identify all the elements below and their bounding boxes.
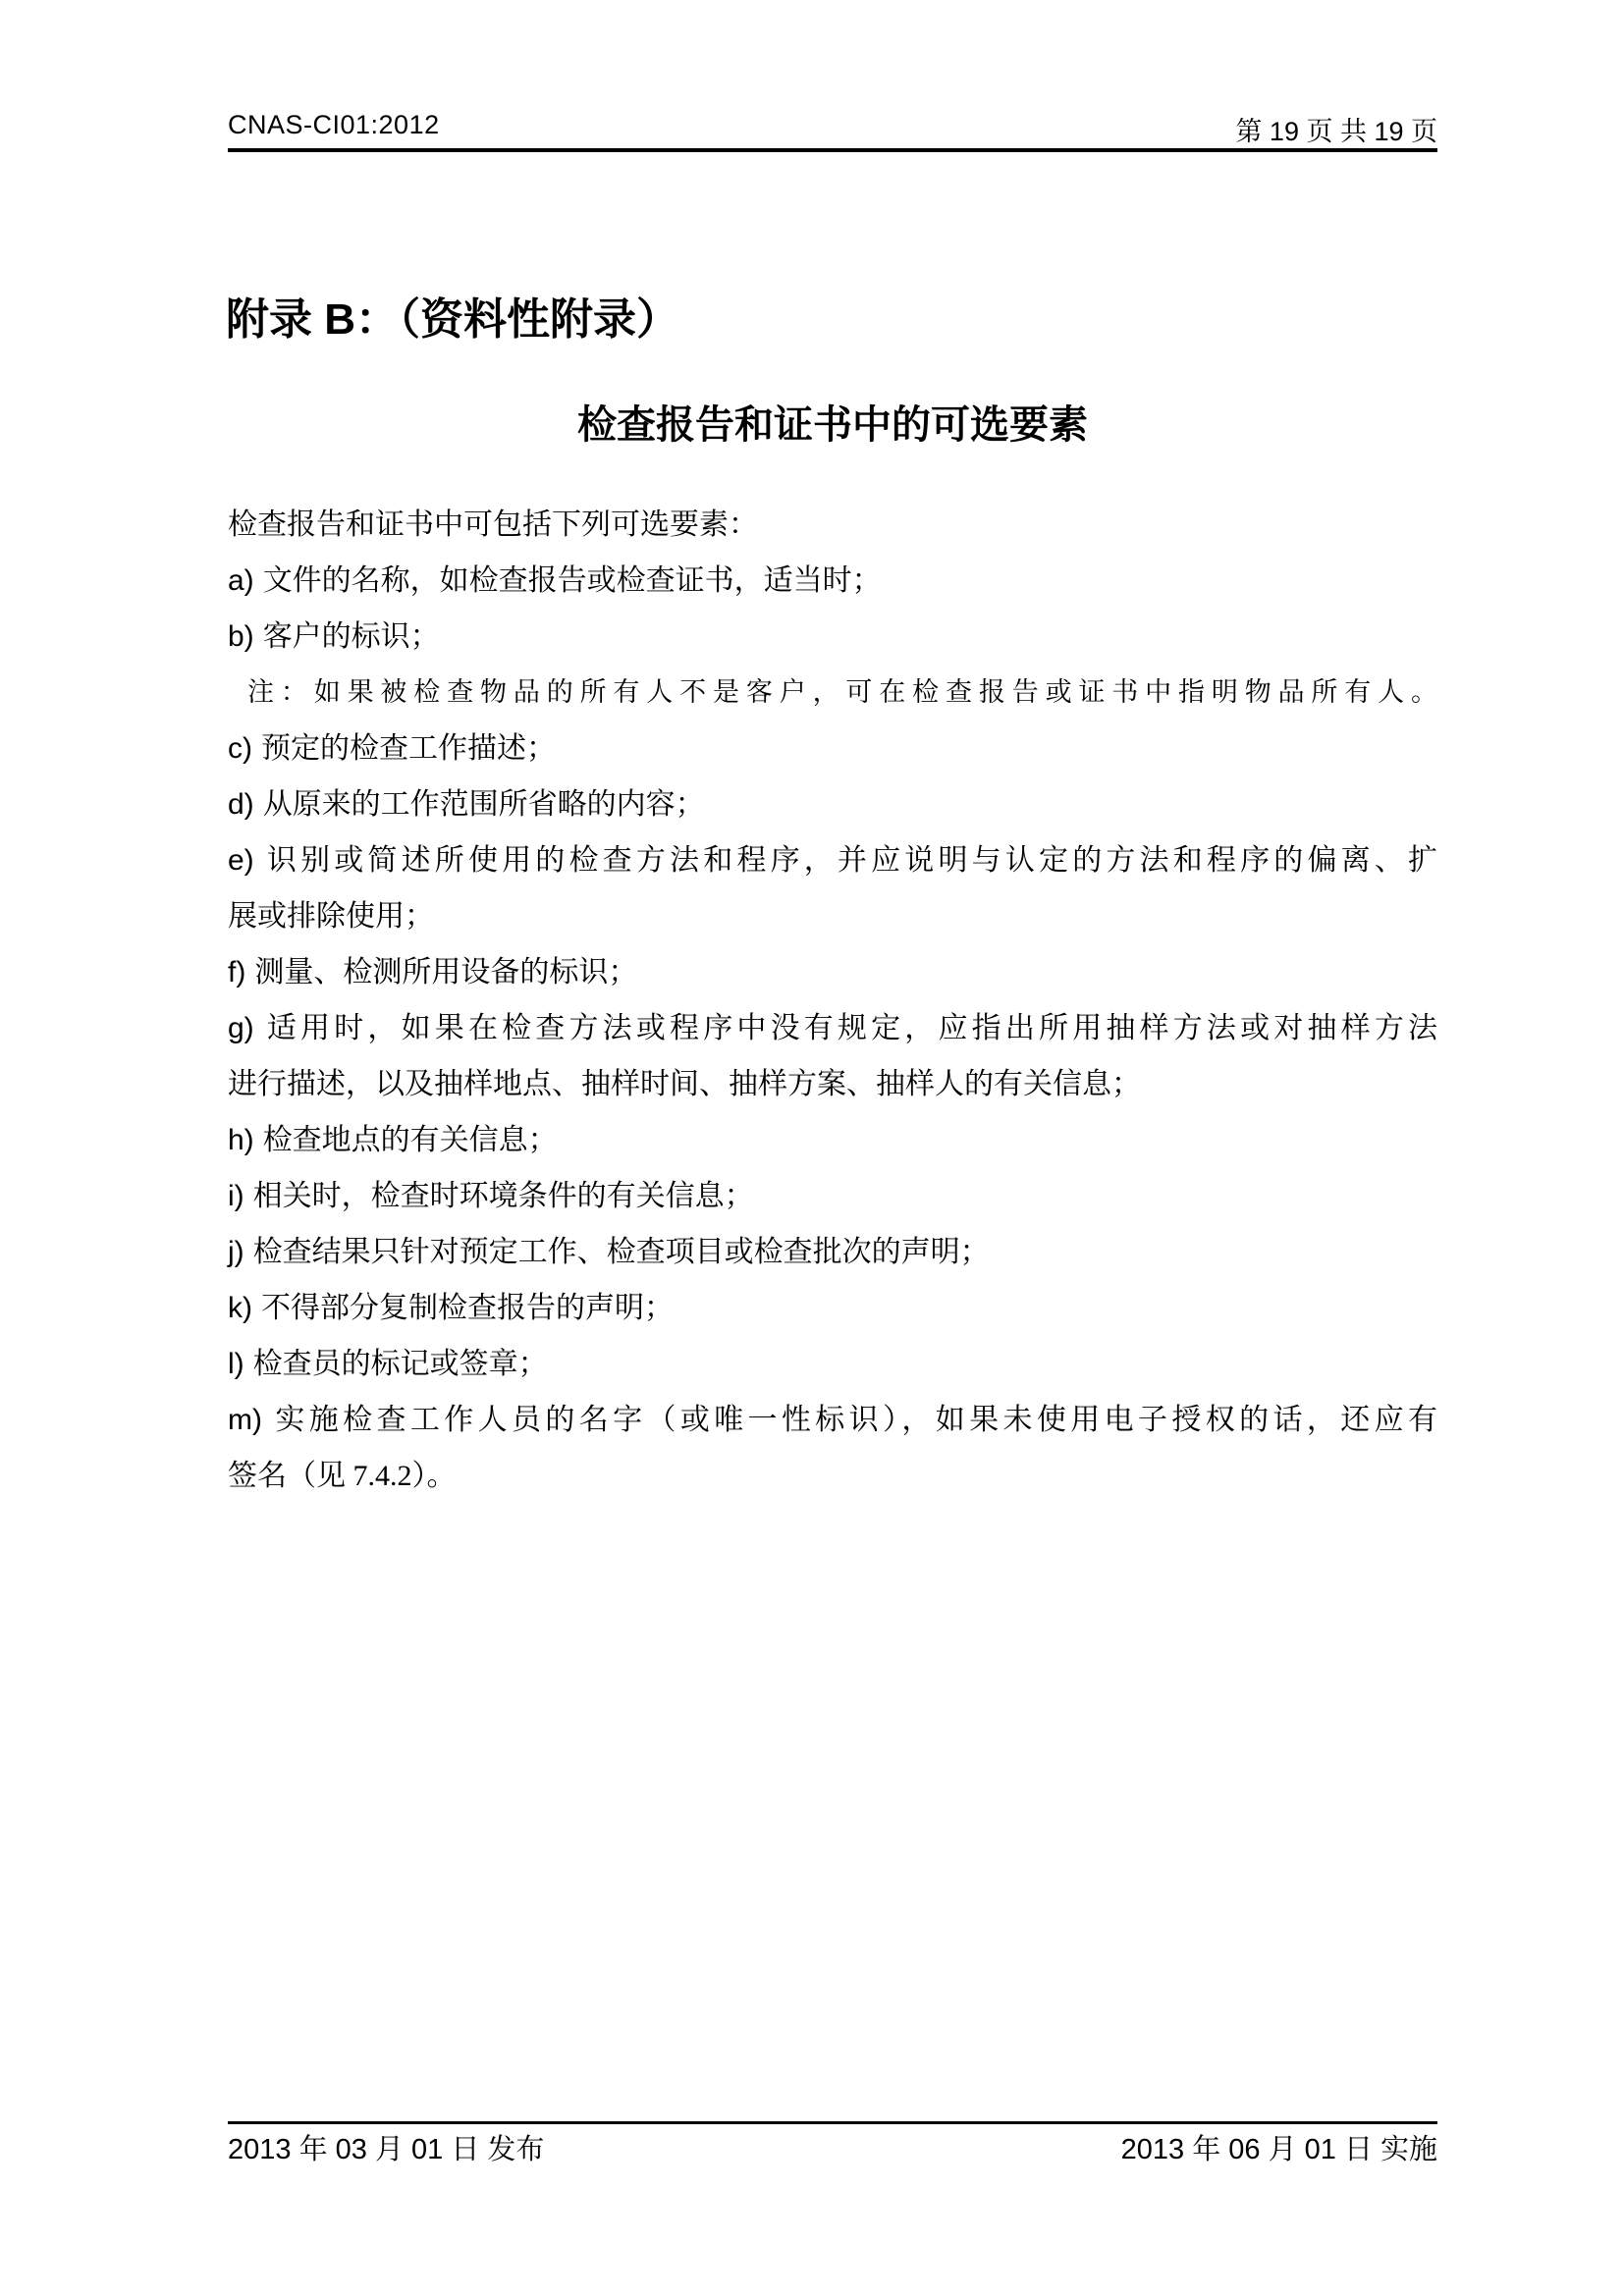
header-rule xyxy=(228,148,1437,152)
document-code: CNAS-CI01:2012 xyxy=(228,110,440,140)
note-line: 注：如果被检查物品的所有人不是客户，可在检查报告或证书中指明物品所有人。 xyxy=(228,665,1437,721)
list-item-j: j)检查结果只针对预定工作、检查项目或检查批次的声明； xyxy=(228,1224,1437,1280)
item-text: 适用时，如果在检查方法或程序中没有规定，应指出所用抽样方法或对抽样方法 xyxy=(263,1012,1437,1044)
document-page: CNAS-CI01:2012 第 19 页 共 19 页 附录 B：（资料性附录… xyxy=(0,0,1623,2296)
item-text: 检查地点的有关信息； xyxy=(263,1124,558,1156)
list-item-i: i)相关时，检查时环境条件的有关信息； xyxy=(228,1168,1437,1224)
list-item-m-line2: 签名（见 7.4.2）。 xyxy=(228,1448,1437,1504)
appendix-heading: 附录 B：（资料性附录） xyxy=(226,295,679,345)
list-item-g-line2: 进行描述，以及抽样地点、抽样时间、抽样方案、抽样人的有关信息； xyxy=(228,1056,1437,1112)
list-item-e-line1: e)识别或简述所使用的检查方法和程序，并应说明与认定的方法和程序的偏离、扩 xyxy=(228,832,1437,888)
item-letter: i) xyxy=(228,1180,244,1212)
section-title: 检查报告和证书中的可选要素 xyxy=(228,402,1437,448)
list-item-c: c)预定的检查工作描述； xyxy=(228,721,1437,776)
list-item-g-line1: g)适用时，如果在检查方法或程序中没有规定，应指出所用抽样方法或对抽样方法 xyxy=(228,1000,1437,1056)
list-item-l: l)检查员的标记或签章； xyxy=(228,1336,1437,1392)
item-letter: a) xyxy=(228,564,254,597)
item-text: 从原来的工作范围所省略的内容； xyxy=(263,788,705,821)
item-letter: j) xyxy=(228,1236,244,1268)
list-item-f: f)测量、检测所用设备的标识； xyxy=(228,944,1437,1000)
item-letter: g) xyxy=(228,1012,254,1044)
footer-rule xyxy=(228,2121,1437,2124)
item-letter: b) xyxy=(228,620,254,653)
item-letter: h) xyxy=(228,1124,254,1156)
item-letter: f) xyxy=(228,956,245,988)
item-text: 相关时，检查时环境条件的有关信息； xyxy=(253,1180,754,1212)
list-item-m-line1: m)实施检查工作人员的名字（或唯一性标识），如果未使用电子授权的话，还应有 xyxy=(228,1392,1437,1448)
item-letter: c) xyxy=(228,732,252,765)
item-letter: k) xyxy=(228,1292,252,1324)
item-text: 客户的标识； xyxy=(263,620,440,653)
item-text: 实施检查工作人员的名字（或唯一性标识），如果未使用电子授权的话，还应有 xyxy=(271,1404,1437,1436)
item-text: 识别或简述所使用的检查方法和程序，并应说明与认定的方法和程序的偏离、扩 xyxy=(263,844,1437,877)
release-date: 2013 年 03 月 01 日 发布 xyxy=(228,2130,544,2169)
item-text: 预定的检查工作描述； xyxy=(261,732,556,765)
item-letter: d) xyxy=(228,788,254,821)
item-letter: e) xyxy=(228,844,254,877)
item-text: 文件的名称，如检查报告或检查证书，适当时； xyxy=(263,564,882,597)
item-text: 检查结果只针对预定工作、检查项目或检查批次的声明； xyxy=(253,1236,990,1268)
intro-line: 检查报告和证书中可包括下列可选要素： xyxy=(228,497,1437,553)
list-item-e-line2: 展或排除使用； xyxy=(228,888,1437,944)
list-item-b: b)客户的标识； xyxy=(228,609,1437,665)
item-text: 测量、检测所用设备的标识； xyxy=(254,956,637,988)
list-item-h: h)检查地点的有关信息； xyxy=(228,1112,1437,1168)
item-letter: l) xyxy=(228,1348,244,1380)
implement-date: 2013 年 06 月 01 日 实施 xyxy=(1121,2130,1437,2169)
list-item-a: a)文件的名称，如检查报告或检查证书，适当时； xyxy=(228,553,1437,609)
list-item-d: d)从原来的工作范围所省略的内容； xyxy=(228,776,1437,832)
item-letter: m) xyxy=(228,1404,262,1436)
item-text: 检查员的标记或签章； xyxy=(253,1348,548,1380)
page-number-info: 第 19 页 共 19 页 xyxy=(1235,110,1437,148)
list-item-k: k)不得部分复制检查报告的声明； xyxy=(228,1280,1437,1336)
item-text: 不得部分复制检查报告的声明； xyxy=(261,1292,674,1324)
body-content: 检查报告和证书中可包括下列可选要素： a)文件的名称，如检查报告或检查证书，适当… xyxy=(228,497,1437,1504)
